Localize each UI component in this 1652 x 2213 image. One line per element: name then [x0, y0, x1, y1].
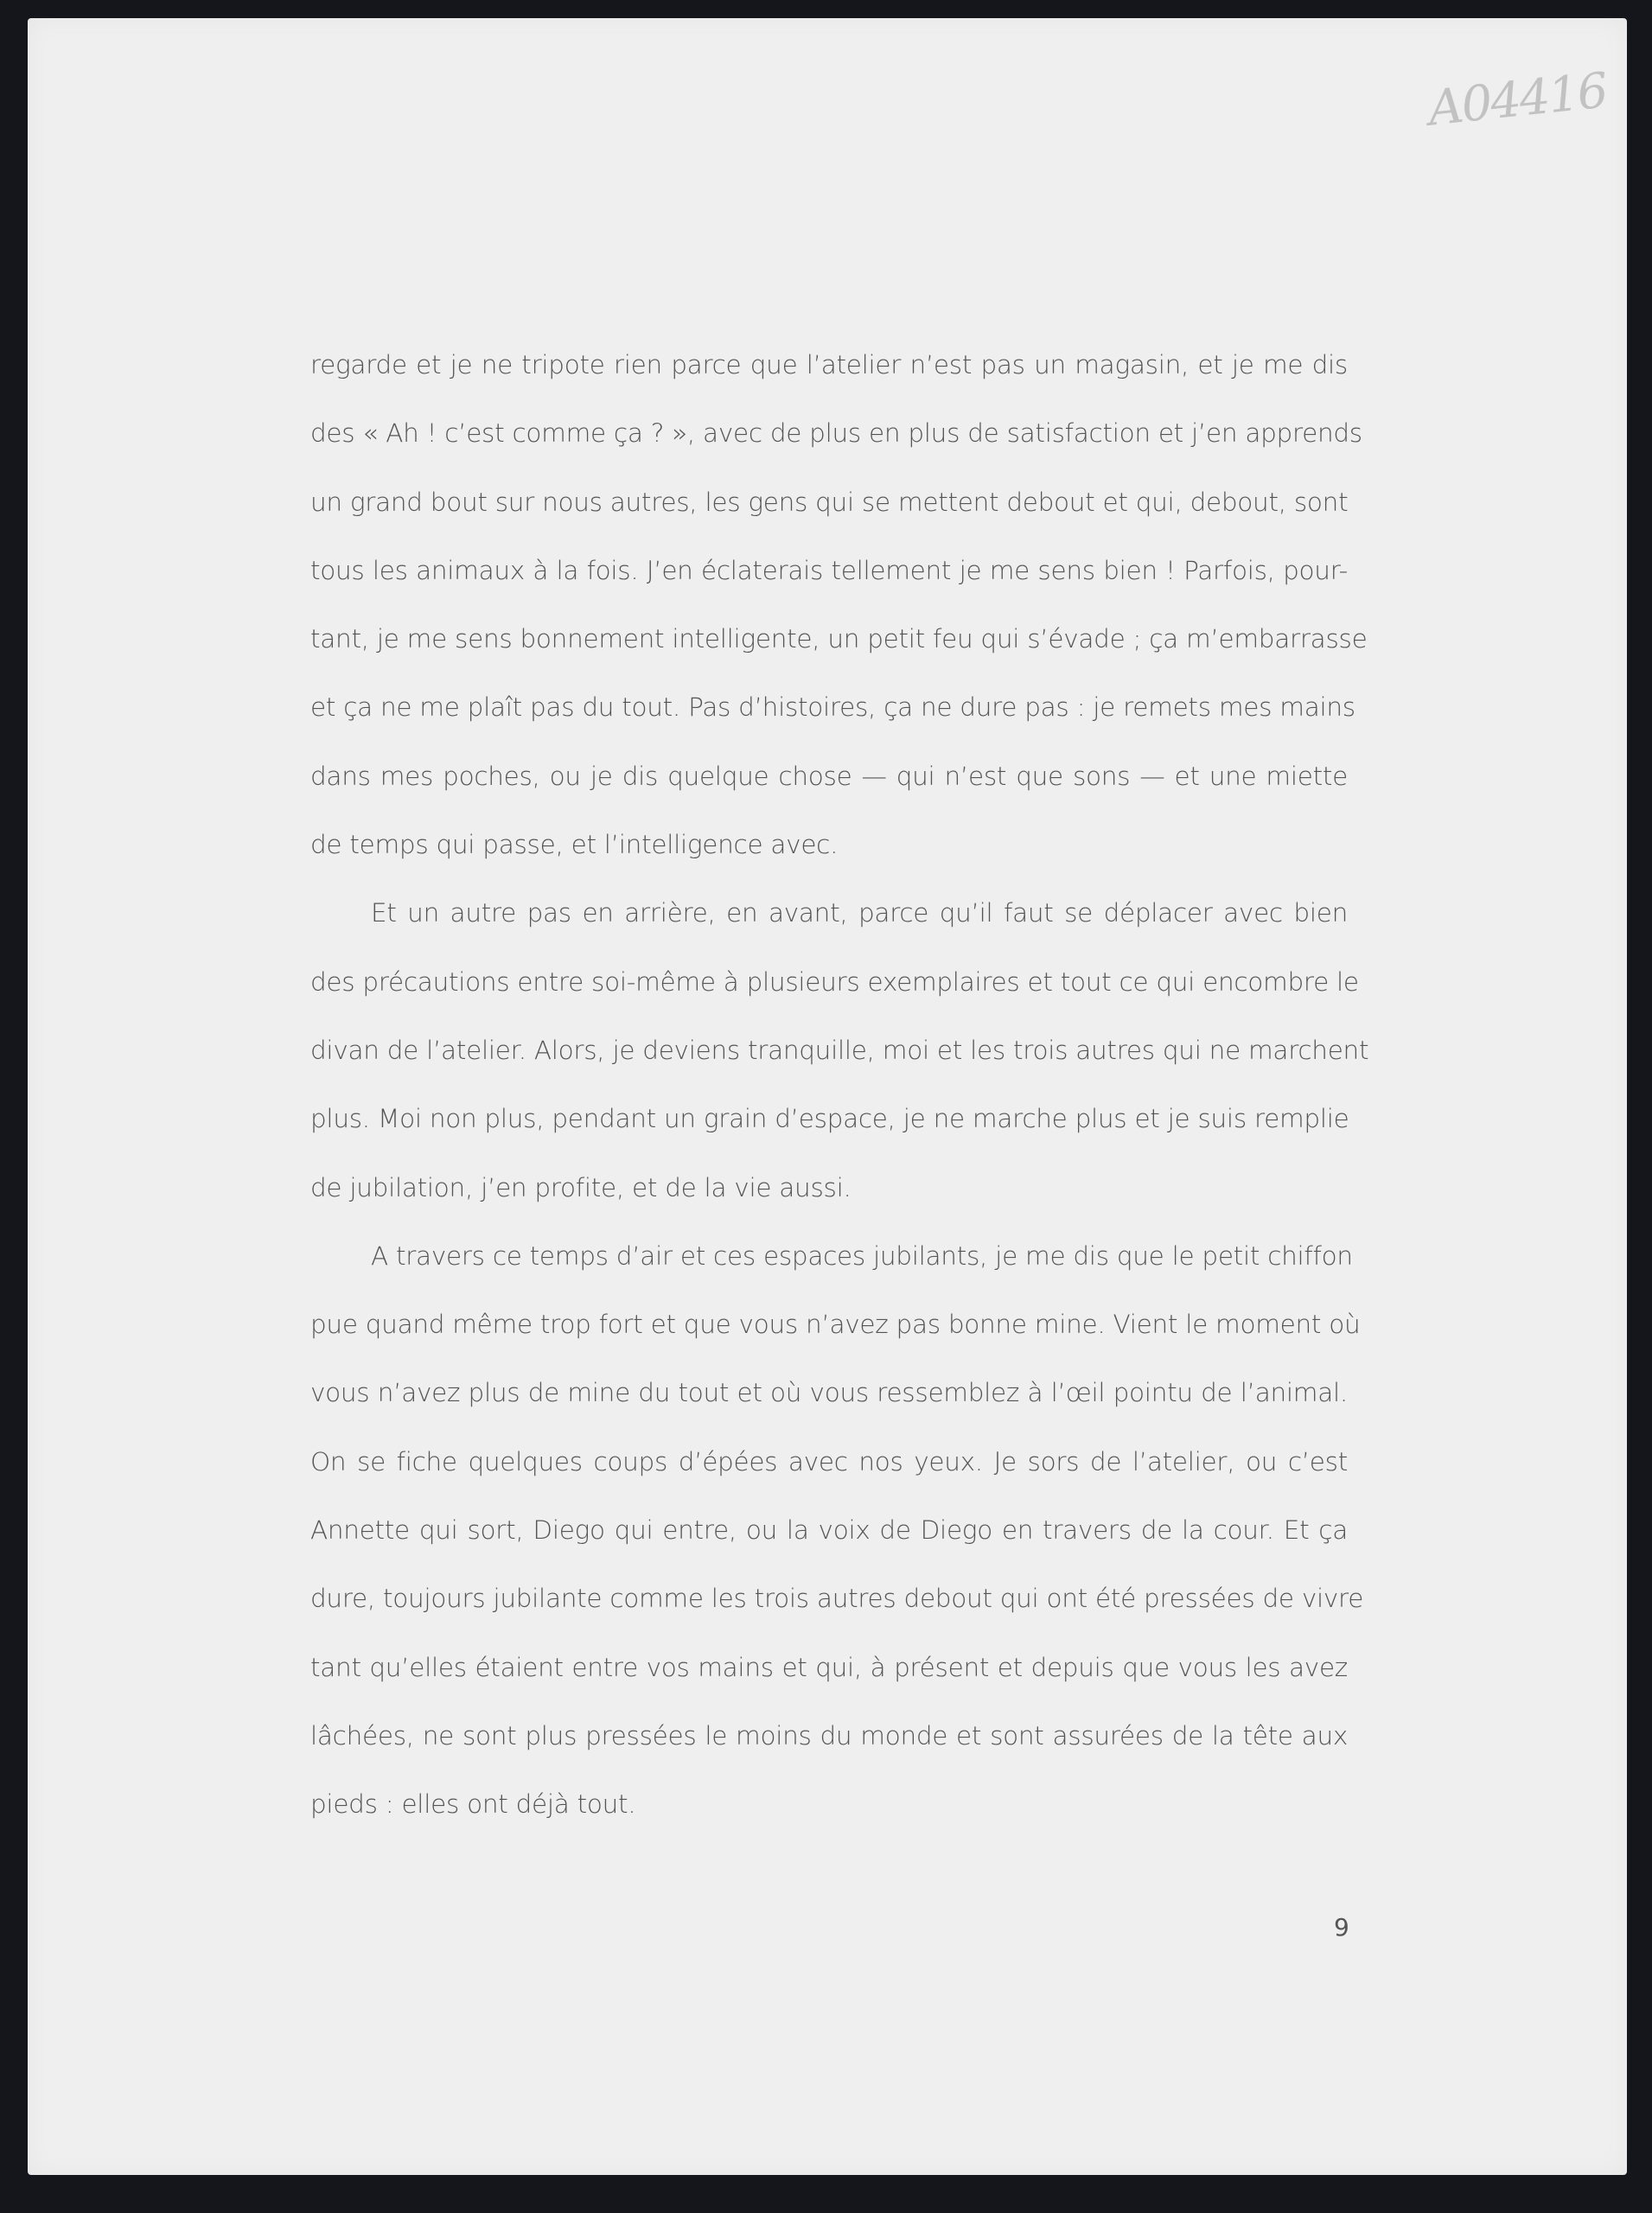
text-line: un grand bout sur nous autres, les gens …	[310, 474, 1348, 542]
text-line: des « Ah ! c’est comme ça ? », avec de p…	[310, 405, 1348, 473]
text-line: lâchées, ne sont plus pressées le moins …	[310, 1707, 1348, 1776]
document-page: A04416 regarde et je ne tripote rien par…	[28, 18, 1627, 2175]
text-line: divan de l’atelier. Alors, je deviens tr…	[310, 1022, 1348, 1090]
text-line: Annette qui sort, Diego qui entre, ou la…	[310, 1502, 1348, 1570]
text-line: dans mes poches, ou je dis quelque chose…	[310, 748, 1348, 816]
text-line: regarde et je ne tripote rien parce que …	[310, 336, 1348, 405]
text-line: plus. Moi non plus, pendant un grain d’e…	[310, 1090, 1348, 1158]
text-line: des précautions entre soi-même à plusieu…	[310, 953, 1348, 1022]
page-number: 9	[1334, 1913, 1349, 1942]
text-line: A travers ce temps d’air et ces espaces …	[310, 1228, 1348, 1296]
text-line: dure, toujours jubilante comme les trois…	[310, 1570, 1348, 1638]
text-line: tous les animaux à la fois. J’en éclater…	[310, 542, 1348, 610]
text-line: tant qu’elles étaient entre vos mains et…	[310, 1639, 1348, 1707]
text-line: vous n’avez plus de mine du tout et où v…	[310, 1364, 1348, 1432]
handwritten-inventory-number: A04416	[1426, 62, 1609, 137]
text-line: tant, je me sens bonnement intelligente,…	[310, 610, 1348, 679]
text-line: pieds : elles ont déjà tout.	[310, 1776, 1348, 1844]
text-line: On se fiche quelques coups d’épées avec …	[310, 1433, 1348, 1502]
body-text: regarde et je ne tripote rien parce que …	[310, 336, 1348, 1845]
text-line: Et un autre pas en arrière, en avant, pa…	[310, 884, 1348, 953]
text-line: pue quand même trop fort et que vous n’a…	[310, 1296, 1348, 1364]
text-line: de jubilation, j’en profite, et de la vi…	[310, 1159, 1348, 1228]
text-line: de temps qui passe, et l’intelligence av…	[310, 816, 1348, 884]
text-line: et ça ne me plaît pas du tout. Pas d’his…	[310, 679, 1348, 747]
